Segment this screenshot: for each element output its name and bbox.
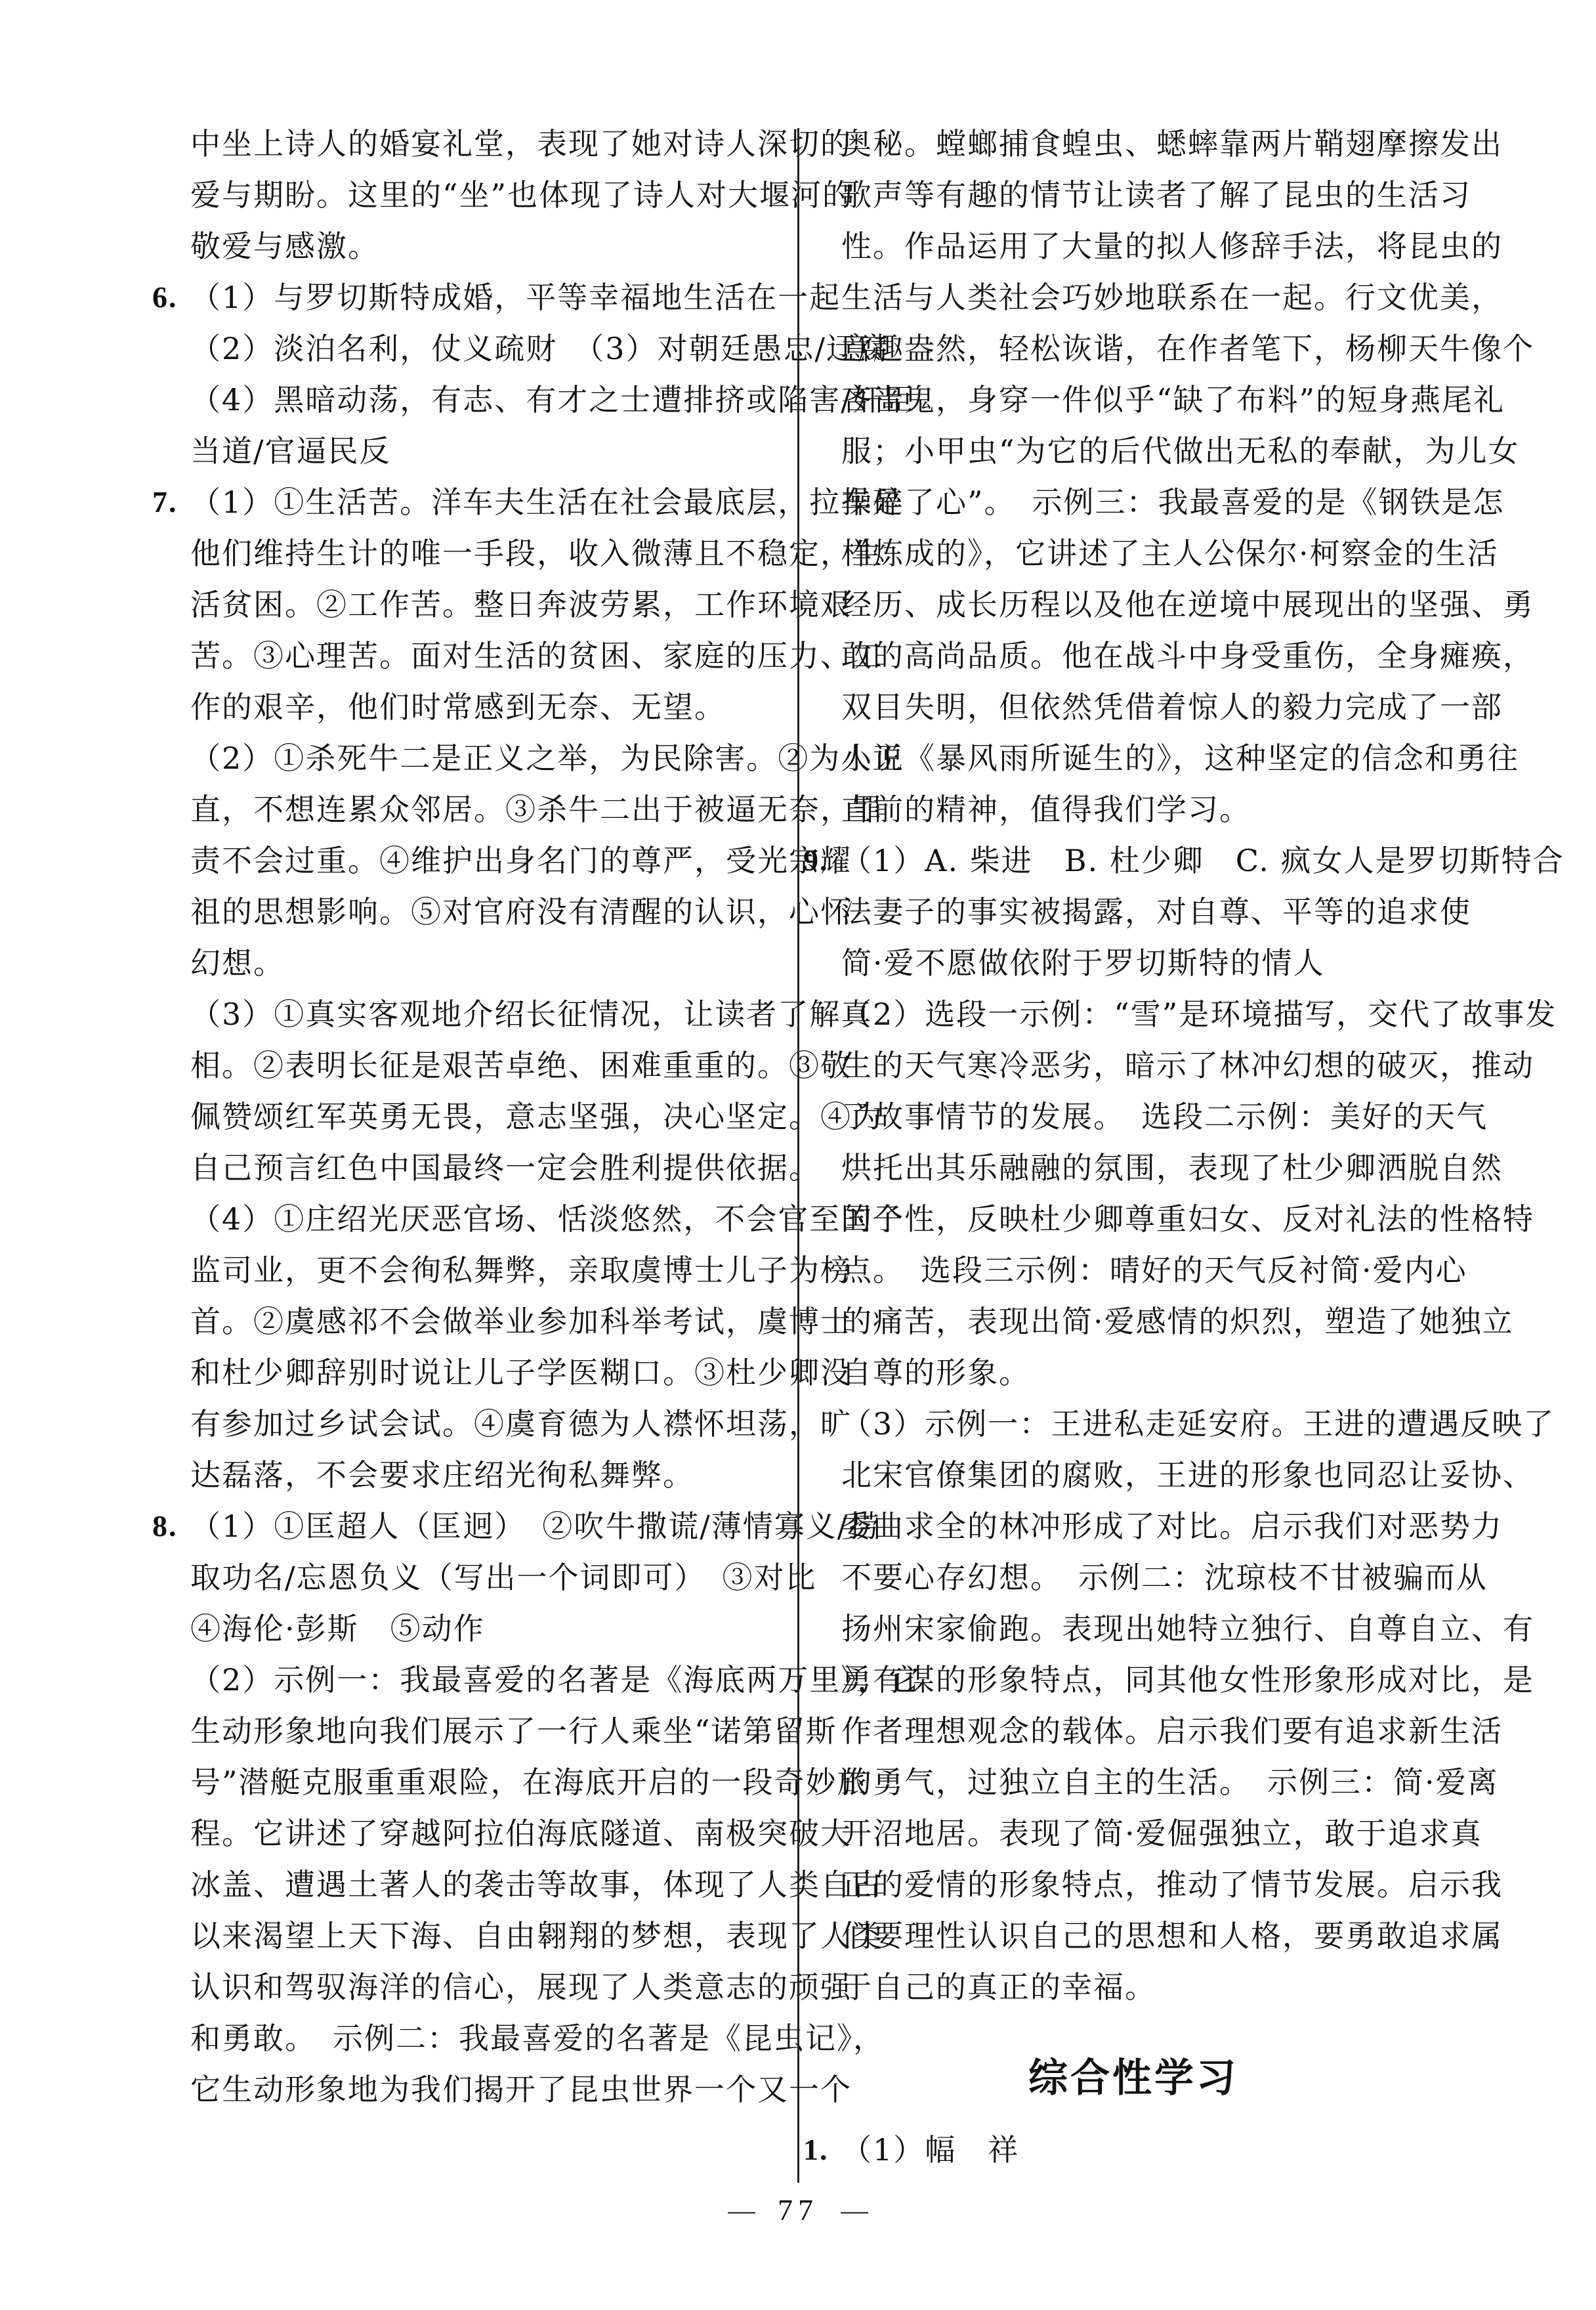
answer-line: 性。作品运用了大量的拟人修辞手法，将昆虫的 [841, 221, 1425, 272]
answer-line: 歌声等有趣的情节让读者了解了昆虫的生活习 [841, 169, 1425, 221]
answer-text: 简·爱不愿做依附于罗切斯特的情人 [841, 945, 1325, 981]
left-column: 中坐上诗人的婚宴礼堂，表现了她对诗人深切的爱与期盼。这里的“坐”也体现了诗人对大… [190, 118, 781, 2115]
answer-text: 烘托出其乐融融的氛围，表现了杜少卿洒脱自然 [841, 1150, 1503, 1186]
answer-text: （2）示例一：我最喜爱的名著是《海底两万里》，它 [190, 1662, 920, 1698]
answer-text: 敢的高尚品质。他在战斗中身受重伤，全身瘫痪， [841, 638, 1534, 674]
right-column-answers: 奥秘。螳螂捕食蝗虫、蟋蟀靠两片鞘翅摩擦发出歌声等有趣的情节让读者了解了昆虫的生活… [841, 118, 1425, 2013]
answer-text: 直，不想连累众邻居。③杀牛二出于被逼无奈，罪 [190, 792, 883, 827]
answer-text: 达磊落，不会要求庄绍光徇私舞弊。 [190, 1457, 694, 1493]
answer-text: 冰盖、遭遇土著人的袭击等故事，体现了人类自古 [190, 1867, 883, 1902]
answer-text: 双目失明，但依然凭借着惊人的毅力完成了一部 [841, 689, 1503, 725]
answer-line: 敬爱与感激。 [190, 221, 781, 272]
answer-line: 认识和驾驭海洋的信心，展现了人类意志的顽强 [190, 1961, 781, 2013]
answer-text: 生动形象地向我们展示了一行人乘坐“诺第留斯 [190, 1713, 837, 1749]
answer-text: 自尊的形象。 [841, 1355, 1030, 1390]
answer-text: 奥秘。螳螂捕食蝗虫、蟋蟀靠两片鞘翅摩擦发出 [841, 126, 1503, 161]
answer-line: 生动形象地向我们展示了一行人乘坐“诺第留斯 [190, 1705, 781, 1757]
answer-line: 双目失明，但依然凭借着惊人的毅力完成了一部 [841, 681, 1425, 733]
answer-line: 吝啬鬼，身穿一件似乎“缺了布料”的短身燕尾礼 [841, 374, 1425, 425]
answer-line: 祖的思想影响。⑤对官府没有清醒的认识，心怀 [190, 886, 781, 937]
answer-line: 作的艰辛，他们时常感到无奈、无望。 [190, 681, 781, 733]
answer-text: 取功名/忘恩负义（写出一个词即可） ③对比 [190, 1560, 817, 1595]
answer-text: 苦。③心理苦。面对生活的贫困、家庭的压力、工 [190, 638, 883, 674]
answer-text: 认识和驾驭海洋的信心，展现了人类意志的顽强 [190, 1969, 852, 2005]
answer-line: 冰盖、遭遇土著人的袭击等故事，体现了人类自古 [190, 1859, 781, 1910]
answer-line: 自己预言红色中国最终一定会胜利提供依据。 [190, 1142, 781, 1193]
answer-text: 经历、成长历程以及他在逆境中展现出的坚强、勇 [841, 587, 1534, 622]
answer-text: 不要心存幻想。 示例二：沈琼枝不甘被骗而从 [841, 1560, 1488, 1595]
answer-text: 首。②虞感祁不会做举业参加科举考试，虞博士 [190, 1304, 852, 1339]
question-number: 9. [803, 835, 829, 886]
answer-line: 经历、成长历程以及他在逆境中展现出的坚强、勇 [841, 579, 1425, 630]
answer-text: （2）选段一示例：“雪”是环境描写，交代了故事发 [841, 996, 1557, 1032]
answer-text: 意趣盎然，轻松诙谐，在作者笔下，杨柳天牛像个 [841, 331, 1534, 366]
answer-text: 当道/官逼民反 [190, 433, 391, 469]
section-answers: 1.（1）幅 祥 [841, 2124, 1425, 2175]
answer-line: 操碎了心”。 示例三：我最喜爱的是《钢铁是怎 [841, 477, 1425, 528]
answer-text: 性。作品运用了大量的拟人修辞手法，将昆虫的 [841, 228, 1503, 264]
right-column: 奥秘。螳螂捕食蝗虫、蟋蟀靠两片鞘翅摩擦发出歌声等有趣的情节让读者了解了昆虫的生活… [841, 118, 1425, 2175]
answer-line: 不要心存幻想。 示例二：沈琼枝不甘被骗而从 [841, 1552, 1425, 1603]
answer-line: 的个性，反映杜少卿尊重妇女、反对礼法的性格特 [841, 1193, 1425, 1245]
answer-text: 们要理性认识自己的思想和人格，要勇敢追求属 [841, 1918, 1503, 1954]
answer-line: 相。②表明长征是艰苦卓绝、困难重重的。③敬 [190, 1040, 781, 1091]
answer-text: 以来渴望上天下海、自由翱翔的梦想，表现了人类 [190, 1918, 883, 1954]
answer-text: （1）与罗切斯特成婚，平等幸福地生活在一起 [190, 280, 841, 315]
answer-text: 号”潜艇克服重重艰险，在海底开启的一段奇妙旅 [190, 1765, 869, 1800]
answer-line: 于自己的真正的幸福。 [841, 1961, 1425, 2013]
answer-text: 于自己的真正的幸福。 [841, 1969, 1156, 2005]
answer-line: 中坐上诗人的婚宴礼堂，表现了她对诗人深切的 [190, 118, 781, 169]
answer-line: 服；小甲虫“为它的后代做出无私的奉献，为儿女 [841, 425, 1425, 477]
answer-line: 苦。③心理苦。面对生活的贫困、家庭的压力、工 [190, 630, 781, 681]
answer-text: 委曲求全的林冲形成了对比。启示我们对恶势力 [841, 1508, 1503, 1544]
answer-text: 和杜少卿辞别时说让儿子学医糊口。③杜少卿没 [190, 1355, 852, 1390]
question-start-line: 1.（1）幅 祥 [841, 2124, 1425, 2175]
answer-text: 生的天气寒冷恶劣，暗示了林冲幻想的破灭，推动 [841, 1048, 1534, 1083]
answer-line: 法妻子的事实被揭露，对自尊、平等的追求使 [841, 886, 1425, 937]
answer-text: 吝啬鬼，身穿一件似乎“缺了布料”的短身燕尾礼 [841, 382, 1505, 417]
answer-line: （2）示例一：我最喜爱的名著是《海底两万里》，它 [190, 1654, 781, 1705]
footer-dash-right [841, 2212, 868, 2214]
answer-text: 生活与人类社会巧妙地联系在一起。行文优美， [841, 280, 1503, 315]
question-number: 8. [152, 1501, 178, 1552]
answer-line: 生的天气寒冷恶劣，暗示了林冲幻想的破灭，推动 [841, 1040, 1425, 1091]
answer-line: 们要理性认识自己的思想和人格，要勇敢追求属 [841, 1910, 1425, 1961]
answer-text: 了故事情节的发展。 选段二示例：美好的天气 [841, 1099, 1488, 1134]
answer-text: 监司业，更不会徇私舞弊，亲取虞博士儿子为榜 [190, 1252, 852, 1288]
answer-line: 北宋官僚集团的腐败，王进的形象也同忍让妥协、 [841, 1449, 1425, 1501]
question-start-line: 7.（1）①生活苦。洋车夫生活在社会最底层，拉车是 [190, 477, 781, 528]
answer-line: 有参加过乡试会试。④虞育德为人襟怀坦荡，旷 [190, 1398, 781, 1449]
answer-line: 号”潜艇克服重重艰险，在海底开启的一段奇妙旅 [190, 1757, 781, 1808]
answer-line: 以来渴望上天下海、自由翱翔的梦想，表现了人类 [190, 1910, 781, 1961]
answer-line: （2）①杀死牛二是正义之举，为民除害。②为人正 [190, 733, 781, 784]
answer-line: 爱与期盼。这里的“坐”也体现了诗人对大堰河的 [190, 169, 781, 221]
answer-line: （2）选段一示例：“雪”是环境描写，交代了故事发 [841, 989, 1425, 1040]
answer-text: 祖的思想影响。⑤对官府没有清醒的认识，心怀 [190, 894, 852, 930]
answer-line: 奥秘。螳螂捕食蝗虫、蟋蟀靠两片鞘翅摩擦发出 [841, 118, 1425, 169]
answer-text: （1）①匡超人（匡迥） ②吹牛撒谎/薄情寡义/捞 [190, 1508, 880, 1544]
answer-text: 幻想。 [190, 945, 285, 981]
answer-line: 取功名/忘恩负义（写出一个词即可） ③对比 [190, 1552, 781, 1603]
answer-line: 监司业，更不会徇私舞弊，亲取虞博士儿子为榜 [190, 1245, 781, 1296]
answer-line: 直前的精神，值得我们学习。 [841, 784, 1425, 835]
answer-line: 作者理想观念的载体。启示我们要有追求新生活 [841, 1705, 1425, 1757]
answer-text: （2）淡泊名利，仗义疏财 （3）对朝廷愚忠/迂腐 [190, 331, 889, 366]
answer-text: 直前的精神，值得我们学习。 [841, 792, 1251, 827]
answer-text: 样炼成的》，它讲述了主人公保尔·柯察金的生活 [841, 536, 1499, 571]
answer-line: 幻想。 [190, 937, 781, 989]
answer-text: 正的爱情的形象特点，推动了情节发展。启示我 [841, 1867, 1503, 1902]
answer-line: 开沼地居。表现了简·爱倔强独立，敢于追求真 [841, 1808, 1425, 1859]
answer-line: 烘托出其乐融融的氛围，表现了杜少卿洒脱自然 [841, 1142, 1425, 1193]
answer-text: （4）黑暗动荡，有志、有才之士遭排挤或陷害/奸臣 [190, 382, 915, 417]
answer-line: （3）①真实客观地介绍长征情况，让读者了解真 [190, 989, 781, 1040]
answer-text: 作的艰辛，他们时常感到无奈、无望。 [190, 689, 726, 725]
question-number: 7. [152, 477, 178, 528]
answer-line: 委曲求全的林冲形成了对比。启示我们对恶势力 [841, 1501, 1425, 1552]
answer-line: 责不会过重。④维护出身名门的尊严，受光宗耀 [190, 835, 781, 886]
answer-text: 小说《暴风雨所诞生的》，这种坚定的信念和勇往 [841, 740, 1519, 776]
answer-line: 程。它讲述了穿越阿拉伯海底隧道、南极突破大 [190, 1808, 781, 1859]
question-start-line: 8.（1）①匡超人（匡迥） ②吹牛撒谎/薄情寡义/捞 [190, 1501, 781, 1552]
answer-text: 敬爱与感激。 [190, 228, 379, 264]
answer-line: 的痛苦，表现出简·爱感情的炽烈，塑造了她独立 [841, 1296, 1425, 1347]
answer-line: 它生动形象地为我们揭开了昆虫世界一个又一个 [190, 2064, 781, 2115]
question-start-line: 6.（1）与罗切斯特成婚，平等幸福地生活在一起 [190, 272, 781, 323]
column-divider [797, 128, 799, 2183]
answer-text: 服；小甲虫“为它的后代做出无私的奉献，为儿女 [841, 433, 1520, 469]
answer-line: 意趣盎然，轻松诙谐，在作者笔下，杨柳天牛像个 [841, 323, 1425, 374]
answer-line: （4）①庄绍光厌恶官场、恬淡悠然，不会官至国子 [190, 1193, 781, 1245]
question-start-line: 9.（1）A. 柴进 B. 杜少卿 C. 疯女人是罗切斯特合 [841, 835, 1425, 886]
answer-text: 勇有谋的形象特点，同其他女性形象形成对比，是 [841, 1662, 1534, 1698]
answer-text: 歌声等有趣的情节让读者了解了昆虫的生活习 [841, 177, 1471, 213]
answer-line: 佩赞颂红军英勇无畏，意志坚强，决心坚定。④为 [190, 1091, 781, 1142]
answer-text: 活贫困。②工作苦。整日奔波劳累，工作环境艰 [190, 587, 852, 622]
answer-text: 爱与期盼。这里的“坐”也体现了诗人对大堰河的 [190, 177, 854, 213]
answer-text: 的痛苦，表现出简·爱感情的炽烈，塑造了她独立 [841, 1304, 1514, 1339]
answer-text: 程。它讲述了穿越阿拉伯海底隧道、南极突破大 [190, 1816, 852, 1851]
answer-line: （2）淡泊名利，仗义疏财 （3）对朝廷愚忠/迂腐 [190, 323, 781, 374]
footer-dash-left [728, 2212, 755, 2214]
answer-line: 当道/官逼民反 [190, 425, 781, 477]
answer-text: 相。②表明长征是艰苦卓绝、困难重重的。③敬 [190, 1048, 852, 1083]
answer-line: 敢的高尚品质。他在战斗中身受重伤，全身瘫痪， [841, 630, 1425, 681]
answer-text: 他们维持生计的唯一手段，收入微薄且不稳定，生 [190, 536, 883, 571]
section-heading: 综合性学习 [841, 2032, 1425, 2124]
answer-line: 小说《暴风雨所诞生的》，这种坚定的信念和勇往 [841, 733, 1425, 784]
answer-line: 了故事情节的发展。 选段二示例：美好的天气 [841, 1091, 1425, 1142]
answer-text: 操碎了心”。 示例三：我最喜爱的是《钢铁是怎 [841, 484, 1505, 520]
answer-text: ④海伦·彭斯 ⑤动作 [190, 1611, 485, 1646]
answer-text: 和勇敢。 示例二：我最喜爱的名著是《昆虫记》， [190, 2021, 885, 2056]
answer-line: 达磊落，不会要求庄绍光徇私舞弊。 [190, 1449, 781, 1501]
answer-text: （1）A. 柴进 B. 杜少卿 C. 疯女人是罗切斯特合 [841, 843, 1564, 878]
answer-text: （3）示例一：王进私走延安府。王进的遭遇反映了 [841, 1406, 1555, 1442]
answer-line: 活贫困。②工作苦。整日奔波劳累，工作环境艰 [190, 579, 781, 630]
page-number: 77 [778, 2193, 818, 2227]
answer-text: 它生动形象地为我们揭开了昆虫世界一个又一个 [190, 2072, 852, 2107]
answer-text: 中坐上诗人的婚宴礼堂，表现了她对诗人深切的 [190, 126, 852, 161]
answer-text: 开沼地居。表现了简·爱倔强独立，敢于追求真 [841, 1816, 1482, 1851]
answer-text: 责不会过重。④维护出身名门的尊严，受光宗耀 [190, 843, 852, 878]
answer-line: 勇有谋的形象特点，同其他女性形象形成对比，是 [841, 1654, 1425, 1705]
answer-line: 的勇气，过独立自主的生活。 示例三：简·爱离 [841, 1757, 1425, 1808]
answer-line: （3）示例一：王进私走延安府。王进的遭遇反映了 [841, 1398, 1425, 1449]
question-number: 1. [803, 2124, 829, 2175]
answer-text: 佩赞颂红军英勇无畏，意志坚强，决心坚定。④为 [190, 1099, 883, 1134]
answer-text: 法妻子的事实被揭露，对自尊、平等的追求使 [841, 894, 1471, 930]
answer-line: 点。 选段三示例：晴好的天气反衬简·爱内心 [841, 1245, 1425, 1296]
answer-line: 他们维持生计的唯一手段，收入微薄且不稳定，生 [190, 528, 781, 579]
answer-line: 正的爱情的形象特点，推动了情节发展。启示我 [841, 1859, 1425, 1910]
answer-line: 扬州宋家偷跑。表现出她特立独行、自尊自立、有 [841, 1603, 1425, 1654]
answer-line: （4）黑暗动荡，有志、有才之士遭排挤或陷害/奸臣 [190, 374, 781, 425]
answer-text: （1）幅 祥 [841, 2132, 1019, 2168]
answer-text: 作者理想观念的载体。启示我们要有追求新生活 [841, 1713, 1503, 1749]
answer-line: 样炼成的》，它讲述了主人公保尔·柯察金的生活 [841, 528, 1425, 579]
answer-line: 首。②虞感祁不会做举业参加科举考试，虞博士 [190, 1296, 781, 1347]
page-number-footer: 77 [0, 2192, 1596, 2227]
answer-line: 生活与人类社会巧妙地联系在一起。行文优美， [841, 272, 1425, 323]
answer-text: 北宋官僚集团的腐败，王进的形象也同忍让妥协、 [841, 1457, 1534, 1493]
answer-text: 点。 选段三示例：晴好的天气反衬简·爱内心 [841, 1252, 1467, 1288]
answer-line: 和杜少卿辞别时说让儿子学医糊口。③杜少卿没 [190, 1347, 781, 1398]
answer-text: 的个性，反映杜少卿尊重妇女、反对礼法的性格特 [841, 1201, 1534, 1237]
answer-line: ④海伦·彭斯 ⑤动作 [190, 1603, 781, 1654]
answer-text: 的勇气，过独立自主的生活。 示例三：简·爱离 [841, 1765, 1499, 1800]
answer-text: 扬州宋家偷跑。表现出她特立独行、自尊自立、有 [841, 1611, 1534, 1646]
answer-text: （3）①真实客观地介绍长征情况，让读者了解真 [190, 996, 872, 1032]
answer-line: 和勇敢。 示例二：我最喜爱的名著是《昆虫记》， [190, 2013, 781, 2064]
answer-line: 自尊的形象。 [841, 1347, 1425, 1398]
answer-text: 自己预言红色中国最终一定会胜利提供依据。 [190, 1150, 820, 1186]
answer-text: 有参加过乡试会试。④虞育德为人襟怀坦荡，旷 [190, 1406, 852, 1442]
answer-line: 简·爱不愿做依附于罗切斯特的情人 [841, 937, 1425, 989]
question-number: 6. [152, 272, 178, 323]
answer-line: 直，不想连累众邻居。③杀牛二出于被逼无奈，罪 [190, 784, 781, 835]
